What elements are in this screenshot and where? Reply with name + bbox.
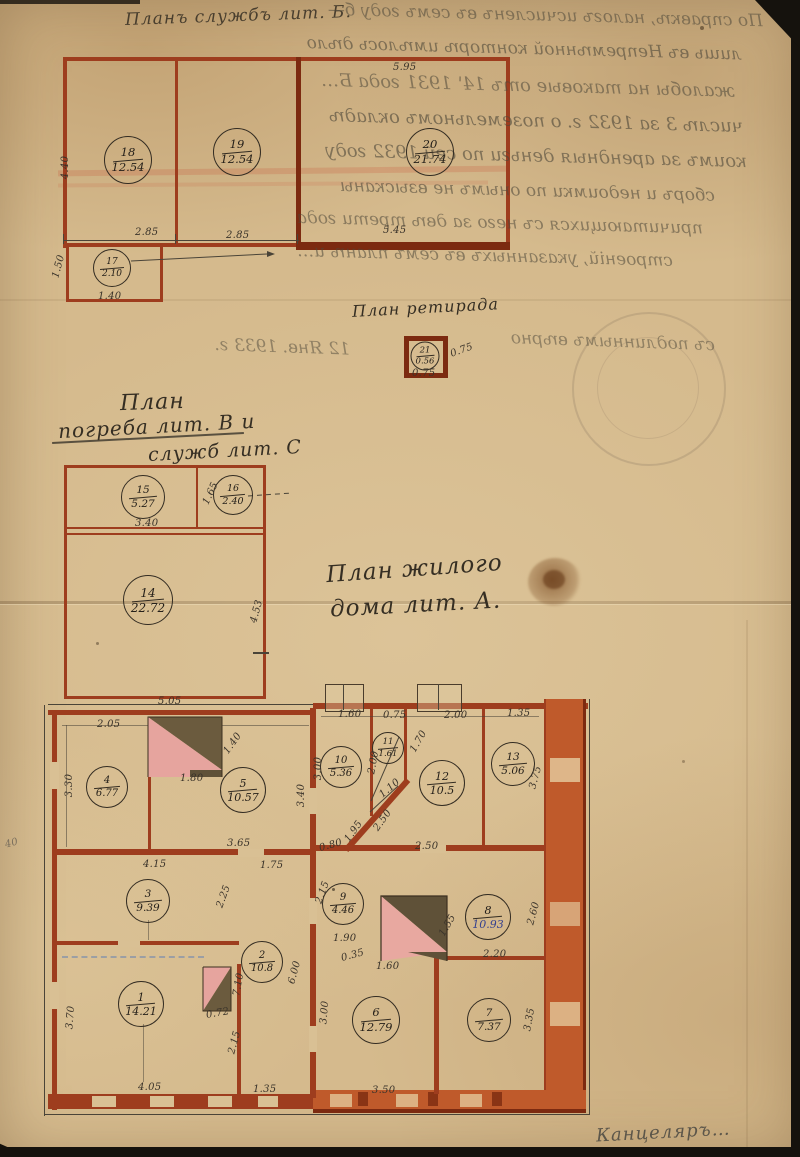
dim-label-house: 3.65 [227,838,250,849]
dim-label-house: 4.15 [143,859,166,870]
dim-label-house: 1.80 [180,773,203,784]
dim-label-house: 1.90 [333,933,356,944]
room-circle-4: 46.77 [86,766,128,808]
dim-label-house: 2.50 [371,808,393,834]
bleedthrough-handwriting: сборъ и недоимки по онымъ не взысканы [50,170,715,205]
dim-label-house: 3.70 [64,1005,77,1029]
dim-label-sheds: 5.45 [383,225,406,236]
room-circle-19: 1912.54 [213,128,261,176]
bleedthrough-handwriting: числѣ 3 за 1932 г. о поземельномъ окладѣ [58,100,743,137]
dim-label-house: 1.60 [376,961,399,972]
dim-label-retirade: 0.75 [412,368,435,379]
dim-label-house: 2.00 [444,710,467,721]
dim-label-house: 1.60 [338,709,361,720]
dim-label-cellar: 4.53 [248,599,265,625]
dim-label-sheds: 4.40 [60,156,71,179]
bleedthrough-handwriting: 12 Янв. 1933 г. [85,332,350,359]
dim-label-house: 3.00 [318,1000,331,1024]
room-circle-12: 1210.5 [419,760,465,806]
room-circle-3: 39.39 [126,879,170,923]
room-circle-8: 810.93 [465,894,511,940]
dim-label-house: 2.05 [97,719,120,730]
dim-label-house: 2.00 [366,750,381,775]
room-circle-6: 612.79 [352,996,400,1044]
room-circle-21: 210.56 [411,342,440,371]
dim-label-house: 7.10 [231,972,246,997]
room-circle-10: 105.36 [320,746,362,788]
dim-label-house: 2.50 [415,841,438,852]
dim-label-cellar: 5.05 [158,696,181,707]
dim-label-house: 3.35 [522,1007,537,1032]
dim-label-house: 3.40 [296,784,307,807]
dim-label-house: 1.35 [507,708,530,719]
dim-label-house: 1.70 [408,729,429,755]
paper-sheet: Планъ службъ лит. Б. План ретирада План … [0,0,800,1157]
room-circle-5: 510.57 [220,767,266,813]
dim-label-sheds: 1.40 [98,291,121,302]
photographed-document: Планъ службъ лит. Б. План ретирада План … [0,0,800,1157]
room-circle-15: 155.27 [121,475,165,519]
room-circle-7: 77.37 [467,998,511,1042]
bleedthrough-handwriting: коимъ за арендныя деньги по сей 1932 год… [52,135,747,172]
bleedthrough-handwriting: лишь въ Непремѣнной конторѣ имѣлось дѣло [92,29,742,64]
room-circle-2: 210.8 [241,941,283,983]
dim-label-house: 1.10 [377,777,402,801]
dim-label-house: 3.00 [313,757,324,780]
dim-label-house: 3.50 [372,1085,395,1096]
dim-label-house: 1.40 [221,731,243,757]
dim-label-cellar: 3.40 [135,518,158,529]
dim-label-house: 2.60 [525,901,542,927]
pencil-note: 40 [4,836,20,850]
room-circle-17: 172.10 [93,249,131,287]
dim-label-house: 0.72 [205,1006,230,1021]
dim-label-house: 1.55 [437,913,458,939]
room-circle-14: 1422.72 [123,575,173,625]
dim-label-house: 0.75 [383,710,406,721]
dim-label-house: 2.20 [483,949,506,960]
photo-edge-bottom [0,1147,800,1157]
dim-label-house: 2.15 [226,1030,243,1056]
dim-label-house: 0.80 [318,837,344,854]
room-circle-16: 162.40 [213,475,253,515]
dim-label-sheds: 2.85 [135,227,158,238]
room-circle-18: 1812.54 [104,136,152,184]
annotation-layer: По справкѣ, налогъ исчисленъ въ семъ год… [0,0,800,1157]
dim-label-house: 3.30 [64,774,75,797]
dim-label-house: 6.00 [286,960,303,986]
dim-label-house: 1.95 [342,819,364,845]
dim-label-house: 4.05 [138,1082,161,1093]
dim-label-house: 1.35 [253,1084,276,1095]
dim-label-sheds: 1.50 [50,254,67,280]
photo-edge-top [0,0,140,4]
dim-label-house: 0.35 [340,947,366,964]
bleedthrough-handwriting: По справкѣ, налогъ исчисленъ въ семъ год… [58,0,763,31]
dim-label-house: 1.75 [260,860,283,871]
dim-label-house: 2.25 [215,884,233,910]
dim-label-sheds: 5.95 [393,62,416,73]
room-circle-20: 2021.74 [406,128,454,176]
photo-edge-right [791,0,800,1157]
room-circle-1: 114.21 [118,981,164,1027]
bleedthrough-handwriting: строеній, указанныхъ въ семъ планѣ и… [68,237,673,271]
dim-label-sheds: 2.85 [226,230,249,241]
